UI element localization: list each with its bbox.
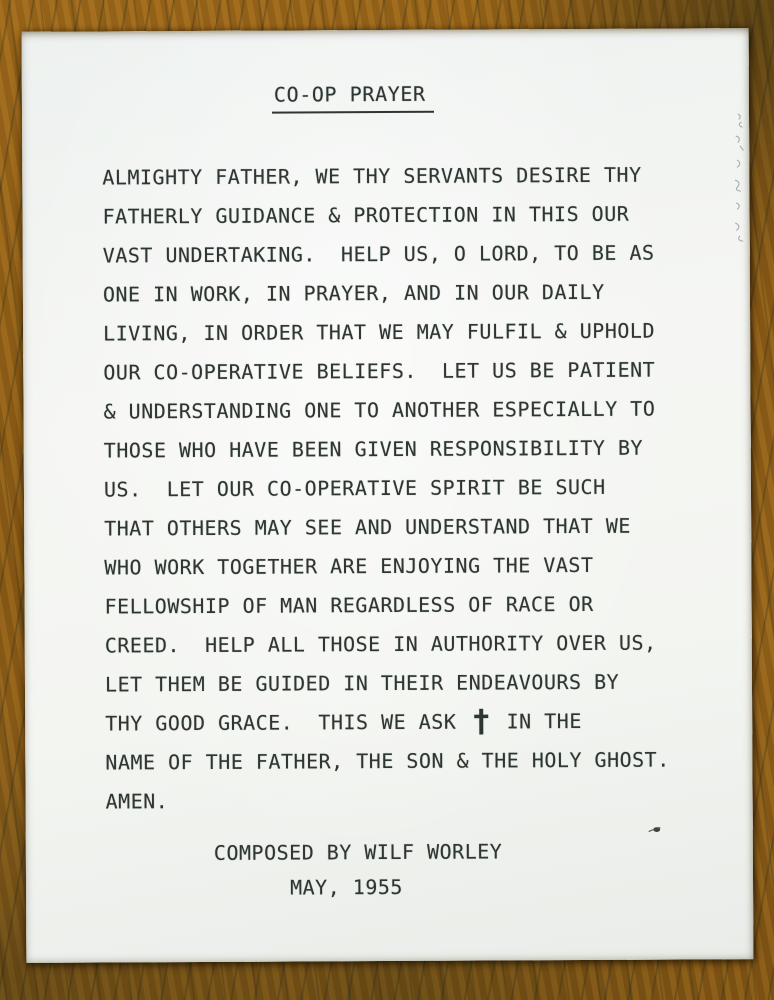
body-line: FATHERLY GUIDANCE & PROTECTION IN THIS O… — [102, 194, 709, 236]
body-line: FELLOWSHIP OF MAN REGARDLESS OF RACE OR — [104, 584, 711, 626]
document-page: CO-OP PRAYER ALMIGHTY FATHER, WE THY SER… — [22, 28, 754, 963]
body-line: LIVING, IN ORDER THAT WE MAY FULFIL & UP… — [103, 311, 710, 353]
ink-speck — [648, 826, 662, 834]
body-line: THOSE WHO HAVE BEEN GIVEN RESPONSIBILITY… — [104, 428, 711, 470]
body-line: AMEN. — [105, 779, 712, 821]
body-line: LET THEM BE GUIDED IN THEIR ENDEAVOURS B… — [105, 662, 712, 704]
body-line: WHO WORK TOGETHER ARE ENJOYING THE VAST — [104, 545, 711, 587]
body-line: CREED. HELP ALL THOSE IN AUTHORITY OVER … — [105, 623, 712, 665]
body-line: THY GOOD GRACE. THIS WE ASK † IN THE — [105, 701, 712, 743]
body-line: THAT OTHERS MAY SEE AND UNDERSTAND THAT … — [104, 506, 711, 548]
margin-marks — [729, 108, 748, 258]
body-line: OUR CO-OPERATIVE BELIEFS. LET US BE PATI… — [103, 350, 710, 392]
body-line: VAST UNDERTAKING. HELP US, O LORD, TO BE… — [103, 233, 710, 275]
prayer-body: ALMIGHTY FATHER, WE THY SERVANTS DESIRE … — [102, 155, 712, 821]
body-line: & UNDERSTANDING ONE TO ANOTHER ESPECIALL… — [103, 389, 710, 431]
date-line: MAY, 1955 — [290, 868, 403, 908]
body-line: ONE IN WORK, IN PRAYER, AND IN OUR DAILY — [103, 272, 710, 314]
attribution-line: COMPOSED BY WILF WORLEY — [214, 832, 503, 873]
wood-frame: CO-OP PRAYER ALMIGHTY FATHER, WE THY SER… — [0, 0, 774, 1000]
body-line: NAME OF THE FATHER, THE SON & THE HOLY G… — [105, 740, 712, 782]
document-title: CO-OP PRAYER — [272, 82, 434, 114]
body-line: US. LET OUR CO-OPERATIVE SPIRIT BE SUCH — [104, 467, 711, 509]
body-line: ALMIGHTY FATHER, WE THY SERVANTS DESIRE … — [102, 155, 709, 197]
